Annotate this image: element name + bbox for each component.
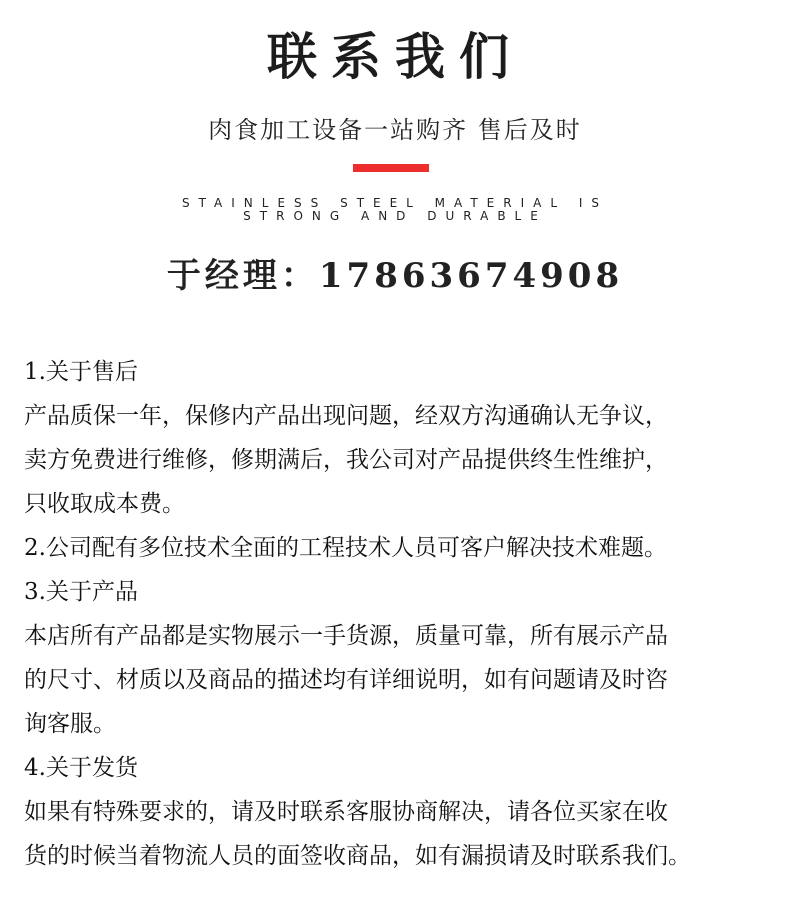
section-heading-technical: 2.公司配有多位技术全面的工程技术人员可客户解决技术难题。	[24, 528, 784, 572]
section-heading-products: 3.关于产品	[24, 572, 784, 616]
section-heading-after-sales: 1.关于售后	[24, 352, 784, 396]
paragraph-line: 的尺寸、材质以及商品的描述均有详细说明，如有问题请及时咨	[24, 660, 784, 704]
paragraph-line: 产品质保一年，保修内产品出现问题，经双方沟通确认无争议，	[24, 396, 784, 440]
paragraph-line: 卖方免费进行维修，修期满后，我公司对产品提供终生性维护，	[24, 440, 784, 484]
page-subtitle: 肉食加工设备一站购齐 售后及时	[0, 112, 790, 148]
paragraph-line: 询客服。	[24, 704, 784, 748]
contact-phone: 于经理：17863674908	[0, 252, 790, 300]
paragraph-line: 货的时候当着物流人员的面签收商品，如有漏损请及时联系我们。	[24, 836, 784, 880]
accent-divider	[353, 164, 429, 172]
paragraph-line: 本店所有产品都是实物展示一手货源，质量可靠，所有展示产品	[24, 616, 784, 660]
section-heading-shipping: 4.关于发货	[24, 748, 784, 792]
paragraph-line: 如果有特殊要求的，请及时联系客服协商解决，请各位买家在收	[24, 792, 784, 836]
service-terms: 1.关于售后 产品质保一年，保修内产品出现问题，经双方沟通确认无争议， 卖方免费…	[24, 352, 784, 880]
paragraph-line: 只收取成本费。	[24, 484, 784, 528]
english-tagline: STAINLESS STEEL MATERIAL IS STRONG AND D…	[0, 197, 790, 223]
page-title: 联系我们	[0, 22, 790, 92]
tagline-line-2: STRONG AND DURABLE	[0, 210, 790, 223]
